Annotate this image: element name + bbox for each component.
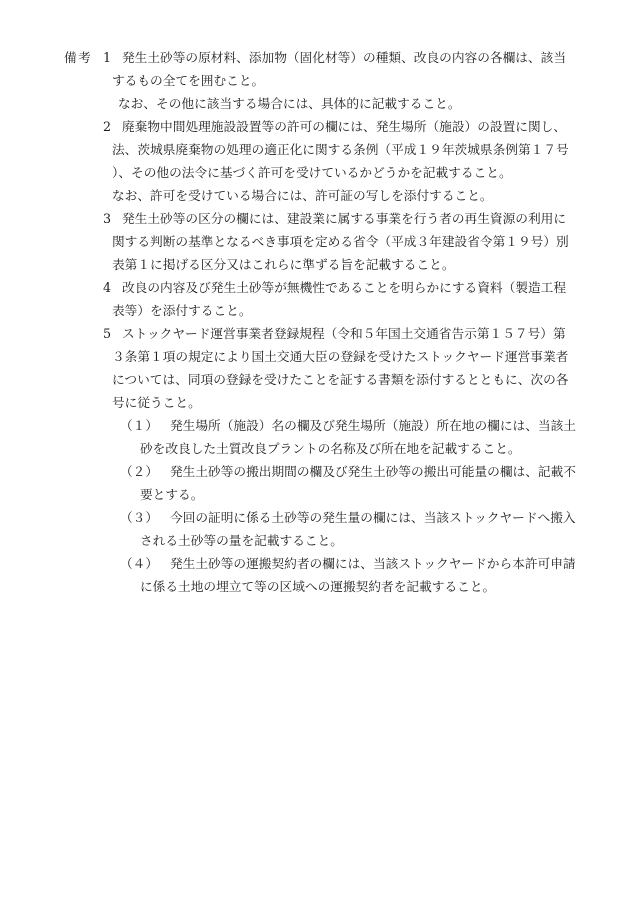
line-text: される土砂等の量を記載すること。: [140, 529, 343, 552]
text-line: 2 廃棄物中間処理施設設置等の許可の欄には、発生場所（施設）の設置に関し、: [0, 115, 630, 138]
remarks-section: 備考 1 発生土砂等の原材料、添加物（固化材等）の種類、改良の内容の各欄は、該当…: [0, 46, 630, 598]
text-line: 3 発生土砂等の区分の欄には、建設業に属する事業を行う者の再生資源の利用に: [0, 207, 630, 230]
line-text: 発生土砂等の運搬契約者の欄には、当該ストックヤードから本許可申請: [170, 552, 576, 575]
text-line: （４） 発生土砂等の運搬契約者の欄には、当該ストックヤードから本許可申請: [0, 552, 630, 575]
line-text: 法、茨城県廃棄物の処理の適正化に関する条例（平成１９年茨城県条例第１７号: [112, 138, 569, 161]
text-line: 備考 1 発生土砂等の原材料、添加物（固化材等）の種類、改良の内容の各欄は、該当: [0, 46, 630, 69]
line-text: するもの全てを囲むこと。: [112, 69, 264, 92]
text-line: 表等）を添付すること。: [0, 299, 630, 322]
text-line: （２） 発生土砂等の搬出期間の欄及び発生土砂等の搬出可能量の欄は、記載不: [0, 460, 630, 483]
item-number: 1: [103, 46, 111, 69]
line-text: 表第１に掲げる区分又はこれらに準ずる旨を記載すること。: [112, 253, 455, 276]
line-text: 発生場所（施設）名の欄及び発生場所（施設）所在地の欄には、当該土: [170, 414, 576, 437]
text-line: なお、許可を受けている場合には、許可証の写しを添付すること。: [0, 184, 630, 207]
line-text: ）、その他の法令に基づく許可を受けているかどうかを記載すること。: [112, 161, 512, 184]
line-text: 砂を改良した土質改良プラントの名称及び所在地を記載すること。: [140, 437, 521, 460]
text-line: なお、その他に該当する場合には、具体的に記載すること。: [0, 92, 630, 115]
text-line: ３条第１項の規定により国土交通大臣の登録を受けたストックヤード運営事業者: [0, 345, 630, 368]
item-number: 3: [103, 207, 111, 230]
text-line: 4 改良の内容及び発生土砂等が無機性であることを明らかにする資料（製造工程: [0, 276, 630, 299]
text-line: ）、その他の法令に基づく許可を受けているかどうかを記載すること。: [0, 161, 630, 184]
sub-item-number: （４）: [120, 552, 158, 575]
text-line: される土砂等の量を記載すること。: [0, 529, 630, 552]
text-line: 関する判断の基準となるべき事項を定める省令（平成３年建設省令第１９号）別: [0, 230, 630, 253]
line-text: 廃棄物中間処理施設設置等の許可の欄には、発生場所（施設）の設置に関し、: [122, 115, 566, 138]
text-line: 要とする。: [0, 483, 630, 506]
text-line: 法、茨城県廃棄物の処理の適正化に関する条例（平成１９年茨城県条例第１７号: [0, 138, 630, 161]
document-page: 備考 1 発生土砂等の原材料、添加物（固化材等）の種類、改良の内容の各欄は、該当…: [0, 0, 630, 903]
line-text: 改良の内容及び発生土砂等が無機性であることを明らかにする資料（製造工程: [122, 276, 566, 299]
line-text: 発生土砂等の搬出期間の欄及び発生土砂等の搬出可能量の欄は、記載不: [170, 460, 576, 483]
line-text: 発生土砂等の原材料、添加物（固化材等）の種類、改良の内容の各欄は、該当: [122, 46, 566, 69]
item-number: 5: [103, 322, 111, 345]
sub-item-number: （２）: [120, 460, 158, 483]
text-line: 砂を改良した土質改良プラントの名称及び所在地を記載すること。: [0, 437, 630, 460]
line-text: 関する判断の基準となるべき事項を定める省令（平成３年建設省令第１９号）別: [112, 230, 569, 253]
text-line: （３） 今回の証明に係る土砂等の発生量の欄には、当該ストックヤードへ搬入: [0, 506, 630, 529]
text-line: するもの全てを囲むこと。: [0, 69, 630, 92]
line-text: ストックヤード運営事業者登録規程（令和５年国土交通省告示第１５７号）第: [122, 322, 566, 345]
item-number: 4: [103, 276, 111, 299]
text-line: については、同項の登録を受けたことを証する書類を添付するとともに、次の各: [0, 368, 630, 391]
line-text: なお、許可を受けている場合には、許可証の写しを添付すること。: [112, 184, 493, 207]
text-line: に係る土地の埋立て等の区域への運搬契約者を記載すること。: [0, 575, 630, 598]
text-line: 号に従うこと。: [0, 391, 630, 414]
item-number: 2: [103, 115, 111, 138]
line-text: 号に従うこと。: [112, 391, 201, 414]
remarks-label: 備考: [64, 46, 92, 69]
line-text: ３条第１項の規定により国土交通大臣の登録を受けたストックヤード運営事業者: [112, 345, 568, 368]
sub-item-number: （３）: [120, 506, 158, 529]
sub-item-number: （１）: [120, 414, 158, 437]
text-line: 5 ストックヤード運営事業者登録規程（令和５年国土交通省告示第１５７号）第: [0, 322, 630, 345]
line-text: なお、その他に該当する場合には、具体的に記載すること。: [118, 92, 461, 115]
text-line: 表第１に掲げる区分又はこれらに準ずる旨を記載すること。: [0, 253, 630, 276]
line-text: 今回の証明に係る土砂等の発生量の欄には、当該ストックヤードへ搬入: [170, 506, 576, 529]
line-text: 表等）を添付すること。: [112, 299, 252, 322]
text-line: （１） 発生場所（施設）名の欄及び発生場所（施設）所在地の欄には、当該土: [0, 414, 630, 437]
line-text: 発生土砂等の区分の欄には、建設業に属する事業を行う者の再生資源の利用に: [122, 207, 566, 230]
line-text: 要とする。: [140, 483, 203, 506]
line-text: に係る土地の埋立て等の区域への運搬契約者を記載すること。: [140, 575, 495, 598]
line-text: については、同項の登録を受けたことを証する書類を添付するとともに、次の各: [112, 368, 569, 391]
